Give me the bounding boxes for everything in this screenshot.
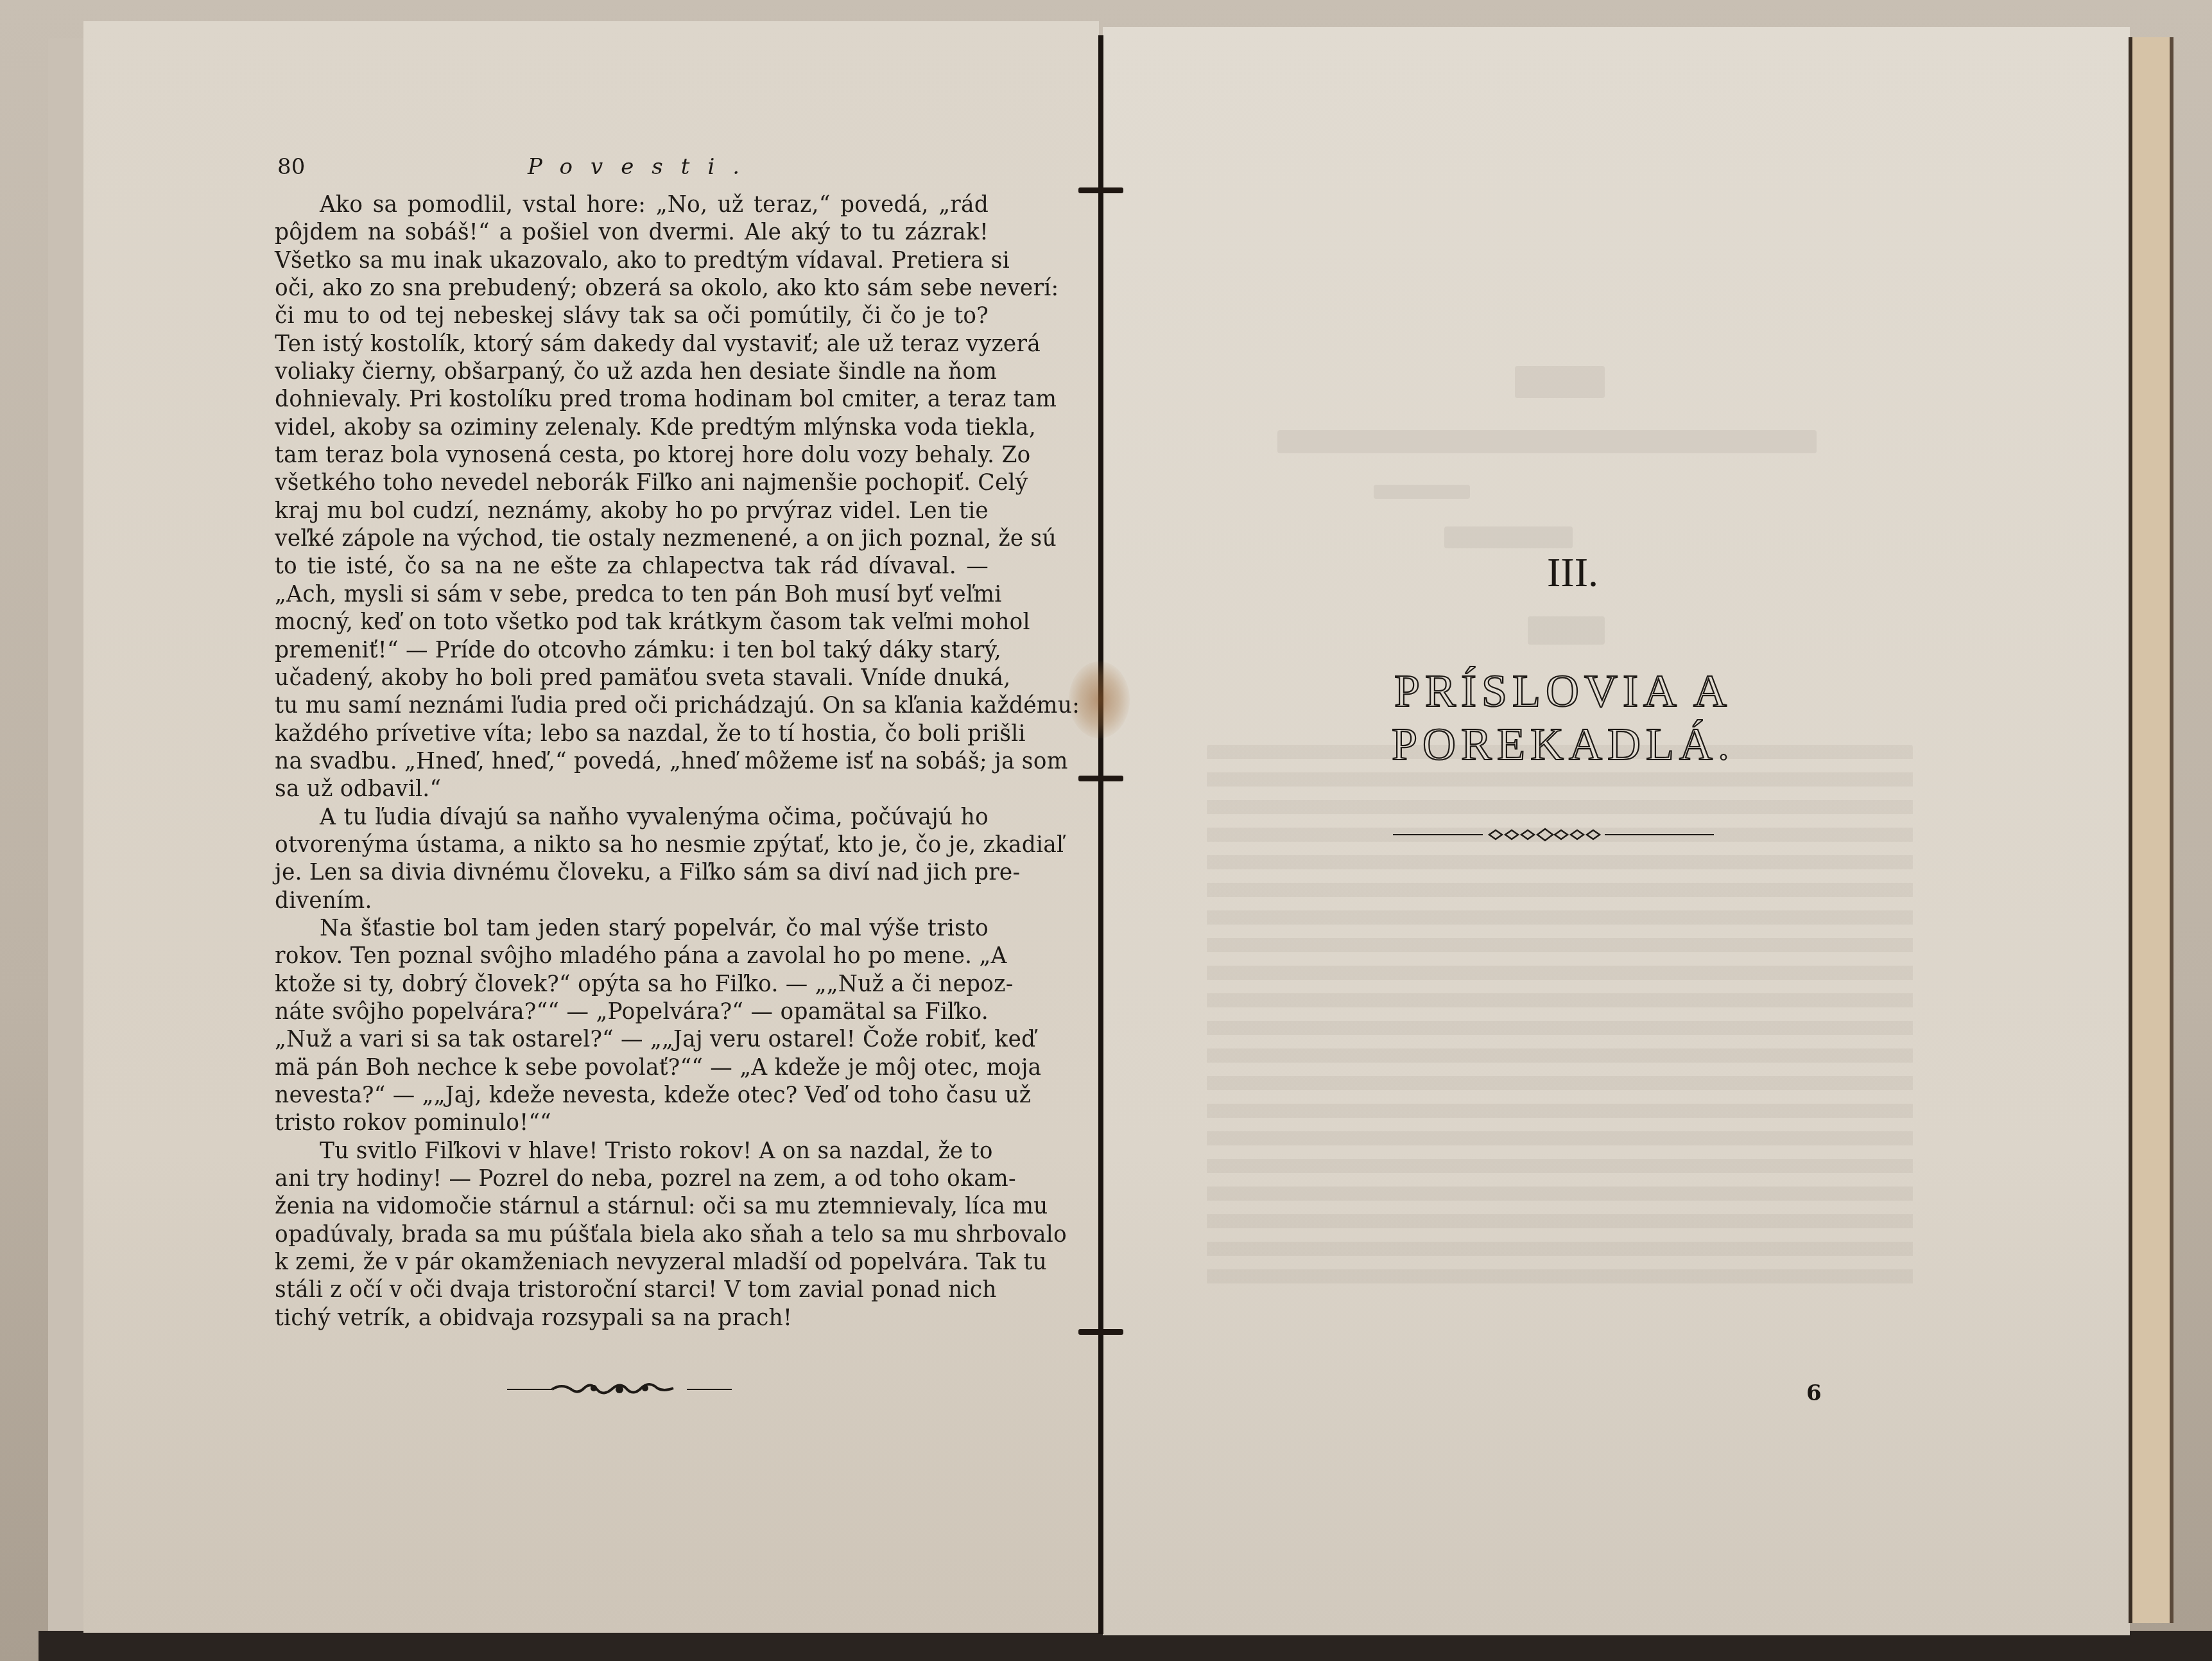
chapter-number: III.	[1534, 549, 1611, 596]
text-line: pôjdem na sobáš!“ a pošiel von dvermi. A…	[275, 219, 989, 247]
text-line: mä pán Boh nechce k sebe povolať?““ — „A…	[275, 1054, 989, 1082]
text-line: všetkého toho nevedel neborák Fiľko ani …	[275, 469, 989, 497]
text-line: mocný, keď on toto všetko pod tak krátky…	[275, 609, 989, 636]
text-line: tichý vetrík, a obidvaja rozsypali sa na…	[275, 1305, 989, 1332]
ornament-rule-icon	[1393, 825, 1714, 844]
text-line: náte svôjho popelvára?““ — „Popelvára?“ …	[275, 998, 989, 1026]
text-line: k zemi, že v pár okamženiach nevyzeral m…	[275, 1249, 989, 1276]
book-gutter	[1098, 35, 1103, 1634]
text-line: A tu ľudia dívajú sa naňho vyvalenýma oč…	[275, 804, 989, 831]
text-line: Na šťastie bol tam jeden starý popelvár,…	[275, 915, 989, 943]
show-through	[1528, 616, 1605, 645]
text-line: tristo rokov pominulo!““	[275, 1109, 989, 1137]
body-text: Ako sa pomodlil, vstal hore: „No, už ter…	[275, 191, 989, 1332]
show-through	[1515, 366, 1605, 398]
text-line: to tie isté, čo sa na ne ešte za chlapec…	[275, 553, 989, 580]
text-line: ktože si ty, dobrý človek?“ opýta sa ho …	[275, 971, 989, 998]
text-line: rokov. Ten poznal svôjho mladého pána a …	[275, 943, 989, 970]
binding-stitch	[1078, 187, 1123, 193]
text-line: oči, ako zo sna prebudený; obzerá sa oko…	[275, 275, 989, 302]
text-line: Ten istý kostolík, ktorý sám dakedy dal …	[275, 331, 989, 358]
text-line: Tu svitlo Fiľkovi v hlave! Tristo rokov!…	[275, 1138, 989, 1165]
text-line: voliaky čierny, obšarpaný, čo už azda he…	[275, 358, 989, 386]
text-line: „Nuž a vari si sa tak ostarel?“ — „„Jaj …	[275, 1026, 989, 1054]
show-through	[1444, 526, 1573, 548]
text-line: Ako sa pomodlil, vstal hore: „No, už ter…	[275, 191, 989, 219]
page-number: 80	[277, 154, 305, 180]
text-line: dohnievaly. Pri kostolíku pred troma hod…	[275, 386, 989, 413]
ornament-tailpiece-icon	[507, 1379, 732, 1398]
right-cover-edge	[2129, 37, 2175, 1623]
binding-stitch	[1078, 776, 1123, 781]
running-title: Povesti.	[528, 154, 757, 180]
text-line: ani try hodiny! — Pozrel do neba, pozrel…	[275, 1165, 989, 1193]
text-line: na svadbu. „Hneď, hneď,“ povedá, „hneď m…	[275, 748, 989, 776]
text-line: sa už odbavil.“	[275, 776, 989, 803]
text-line: opadúvaly, brada sa mu púšťala biela ako…	[275, 1221, 989, 1249]
text-line: kraj mu bol cudzí, neznámy, akoby ho po …	[275, 498, 989, 525]
text-line: videl, akoby sa oziminy zelenaly. Kde pr…	[275, 414, 989, 442]
text-line: učadený, akoby ho boli pred pamäťou svet…	[275, 665, 989, 692]
underlying-leaves-left	[48, 39, 88, 1631]
running-head: 80 Povesti.	[277, 154, 990, 186]
text-line: tam teraz bola vynosená cesta, po ktorej…	[275, 442, 989, 469]
text-line: otvorenýma ústama, a nikto sa ho nesmie …	[275, 831, 989, 859]
text-line: stáli z očí v oči dvaja tristoroční star…	[275, 1276, 989, 1304]
show-through	[1277, 430, 1817, 453]
text-line: premeniť!“ — Príde do otcovho zámku: i t…	[275, 637, 989, 665]
text-line: každého prívetive víta; lebo sa nazdal, …	[275, 720, 989, 748]
text-line: ženia na vidomočie stárnul a stárnul: oč…	[275, 1193, 989, 1221]
bottom-shadow	[39, 1631, 2212, 1661]
text-line: nevesta?“ — „„Jaj, kdeže nevesta, kdeže …	[275, 1082, 989, 1109]
binding-stitch	[1078, 1329, 1123, 1335]
text-line: veľké zápole na východ, tie ostaly nezme…	[275, 525, 989, 553]
show-through	[1374, 485, 1470, 499]
chapter-title: PRÍSLOVIA A POREKADLÁ.	[1216, 665, 1910, 771]
page-number: 6	[1806, 1380, 1822, 1406]
text-line: divením.	[275, 887, 989, 915]
text-line: je. Len sa divia divnému človeku, a Fiľk…	[275, 859, 989, 887]
text-line: tu mu samí neznámi ľudia pred oči prichá…	[275, 692, 989, 720]
text-line: „Ach, mysli si sám v sebe, predca to ten…	[275, 581, 989, 609]
text-line: Všetko sa mu inak ukazovalo, ako to pred…	[275, 247, 989, 275]
text-line: či mu to od tej nebeskej slávy tak sa oč…	[275, 302, 989, 330]
